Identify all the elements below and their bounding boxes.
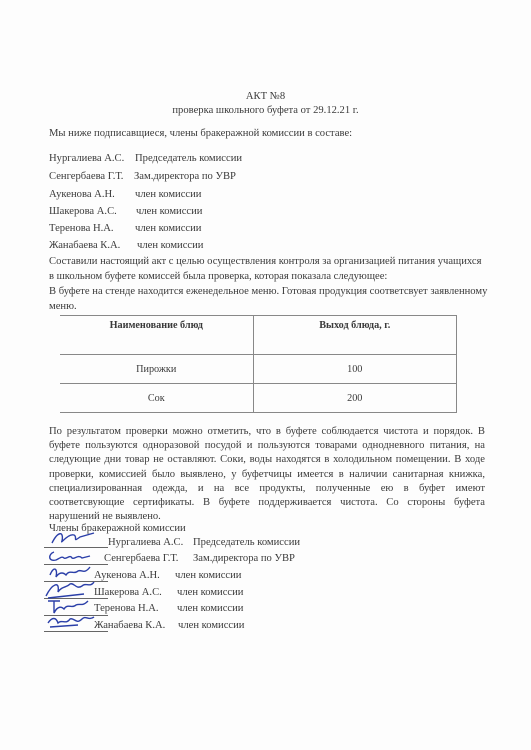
purpose-paragraph: Составили настоящий акт с целью осуществ… — [49, 255, 489, 284]
signer-role: Председатель комиссии — [193, 536, 300, 549]
conclusion-paragraph: По результатом проверки можно отметить, … — [49, 425, 485, 524]
dishes-table: Наименование блюд Выход блюда, г. Пирожк… — [60, 315, 457, 413]
signer-name: Нургалиева А.С. — [108, 536, 183, 549]
act-title: АКТ №8 — [0, 90, 531, 103]
member-role: Зам.директора по УВР — [134, 170, 236, 183]
column-header-dish: Наименование блюд — [60, 316, 253, 355]
signer-role: Зам.директора по УВР — [193, 552, 295, 565]
signer-role: член комиссии — [177, 602, 243, 615]
table-row: Сок 200 — [60, 384, 457, 413]
member-role: член комиссии — [135, 222, 201, 235]
table-header-row: Наименование блюд Выход блюда, г. — [60, 316, 457, 355]
member-name: Шакерова А.С. — [49, 205, 117, 218]
act-subtitle: проверка школьного буфета от 29.12.21 г. — [0, 104, 531, 117]
member-name: Сенгербаева Г.Т. — [49, 170, 123, 183]
signer-role: член комиссии — [177, 586, 243, 599]
member-role: член комиссии — [135, 188, 201, 201]
table-row: Пирожки 100 — [60, 355, 457, 384]
yield-cell: 200 — [253, 384, 457, 413]
signer-name: Сенгербаева Г.Т. — [104, 552, 178, 565]
member-role: член комиссии — [137, 239, 203, 252]
dish-cell: Сок — [60, 384, 253, 413]
signer-role: член комиссии — [175, 569, 241, 582]
yield-cell: 100 — [253, 355, 457, 384]
signer-name: Жанабаева К.А. — [94, 619, 165, 632]
member-name: Нургалиева А.С. — [49, 152, 124, 165]
menu-note-paragraph: В буфете на стенде находится еженедельно… — [49, 285, 489, 314]
signer-role: член комиссии — [178, 619, 244, 632]
member-name: Аукенова А.Н. — [49, 188, 115, 201]
member-role: Председатель комиссии — [135, 152, 242, 165]
intro-text: Мы ниже подписавщиеся, члены бракеражной… — [49, 127, 352, 140]
member-name: Теренова Н.А. — [49, 222, 114, 235]
dish-cell: Пирожки — [60, 355, 253, 384]
column-header-yield: Выход блюда, г. — [253, 316, 457, 355]
member-name: Жанабаева К.А. — [49, 239, 120, 252]
member-role: член комиссии — [136, 205, 202, 218]
